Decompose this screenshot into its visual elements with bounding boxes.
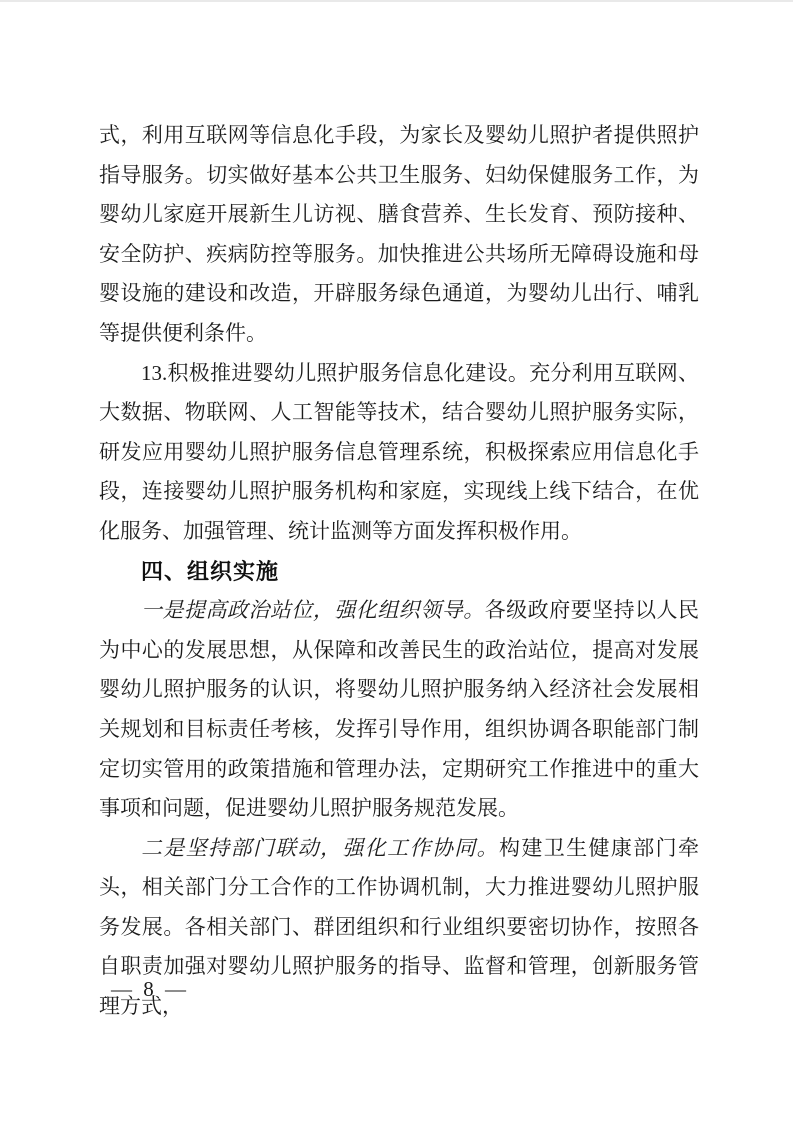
section-heading-organization-implementation: 四、组织实施 <box>99 552 699 592</box>
paragraph-item-13: 13.积极推进婴幼儿照护服务信息化建设。充分利用互联网、大数据、物联网、人工智能… <box>99 354 699 552</box>
lead-in-emphasis-two: 二是坚持部门联动，强化工作协同。 <box>141 836 499 860</box>
page-number: — 8 — <box>111 977 189 1002</box>
paragraph-continuation: 式，利用互联网等信息化手段，为家长及婴幼儿照护者提供照护指导服务。切实做好基本公… <box>99 116 699 354</box>
document-body: 式，利用互联网等信息化手段，为家长及婴幼儿照护者提供照护指导服务。切实做好基本公… <box>99 116 699 1027</box>
scan-edge-artifact <box>0 0 793 2</box>
paragraph-measure-two-text: 构建卫生健康部门牵头，相关部门分工合作的工作协调机制，大力推进婴幼儿照护服务发展… <box>99 836 699 1018</box>
paragraph-measure-two: 二是坚持部门联动，强化工作协同。构建卫生健康部门牵头，相关部门分工合作的工作协调… <box>99 829 699 1027</box>
paragraph-measure-one: 一是提高政治站位，强化组织领导。各级政府要坚持以人民为中心的发展思想，从保障和改… <box>99 591 699 829</box>
lead-in-emphasis-one: 一是提高政治站位，强化组织领导。 <box>141 598 485 622</box>
paragraph-measure-one-text: 各级政府要坚持以人民为中心的发展思想，从保障和改善民生的政治站位，提高对发展婴幼… <box>99 598 699 820</box>
